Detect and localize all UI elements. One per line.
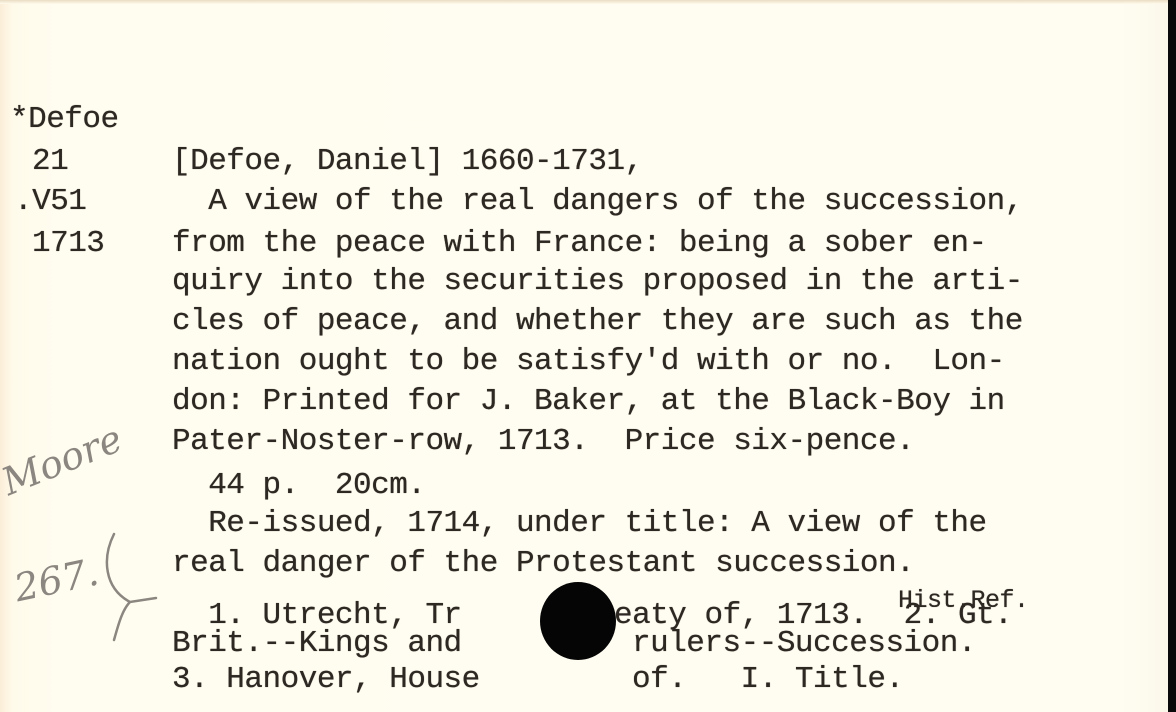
title-line: from the peace with France: being a sobe…: [172, 228, 987, 259]
call-number-line-2: 21: [32, 146, 68, 177]
note-line: Re-issued, 1714, under title: A view of …: [172, 508, 987, 539]
imprint-line: Pater-Noster-row, 1713. Price six-pence.: [172, 426, 914, 457]
title-line: quiry into the securities proposed in th…: [172, 266, 1023, 297]
title-line: A view of the real dangers of the succes…: [172, 186, 1023, 217]
author-heading: [Defoe, Daniel] 1660-1731,: [172, 146, 643, 177]
title-line: cles of peace, and whether they are such…: [172, 306, 1023, 337]
collation: 44 p. 20cm.: [172, 470, 425, 501]
tracing-line-3-right: of. I. Title.: [632, 664, 904, 695]
handwritten-number: 267.: [10, 550, 102, 611]
call-number-line-1: *Defoe: [10, 104, 119, 135]
tracing-line-2-right: rulers--Succession.: [632, 628, 976, 659]
punch-hole: [540, 582, 616, 660]
title-line: nation ought to be satisfy'd with or no.…: [172, 346, 1005, 377]
note-line: real danger of the Protestant succession…: [172, 548, 914, 579]
tracing-superscript: Hist.Ref.: [898, 588, 1029, 613]
tracing-line-2-left: Brit.--Kings and: [172, 628, 462, 659]
call-number-line-3: .V51: [14, 186, 86, 217]
catalog-card: *Defoe 21 .V51 1713 [Defoe, Daniel] 1660…: [0, 0, 1168, 712]
tracing-line-3-left: 3. Hanover, House: [172, 664, 480, 695]
card-top-edge: [0, 0, 1168, 4]
handwritten-bracket-icon: [100, 528, 170, 648]
handwritten-reference: Moore: [0, 416, 128, 504]
call-number-line-4: 1713: [32, 228, 104, 259]
imprint-line: don: Printed for J. Baker, at the Black-…: [172, 386, 1005, 417]
